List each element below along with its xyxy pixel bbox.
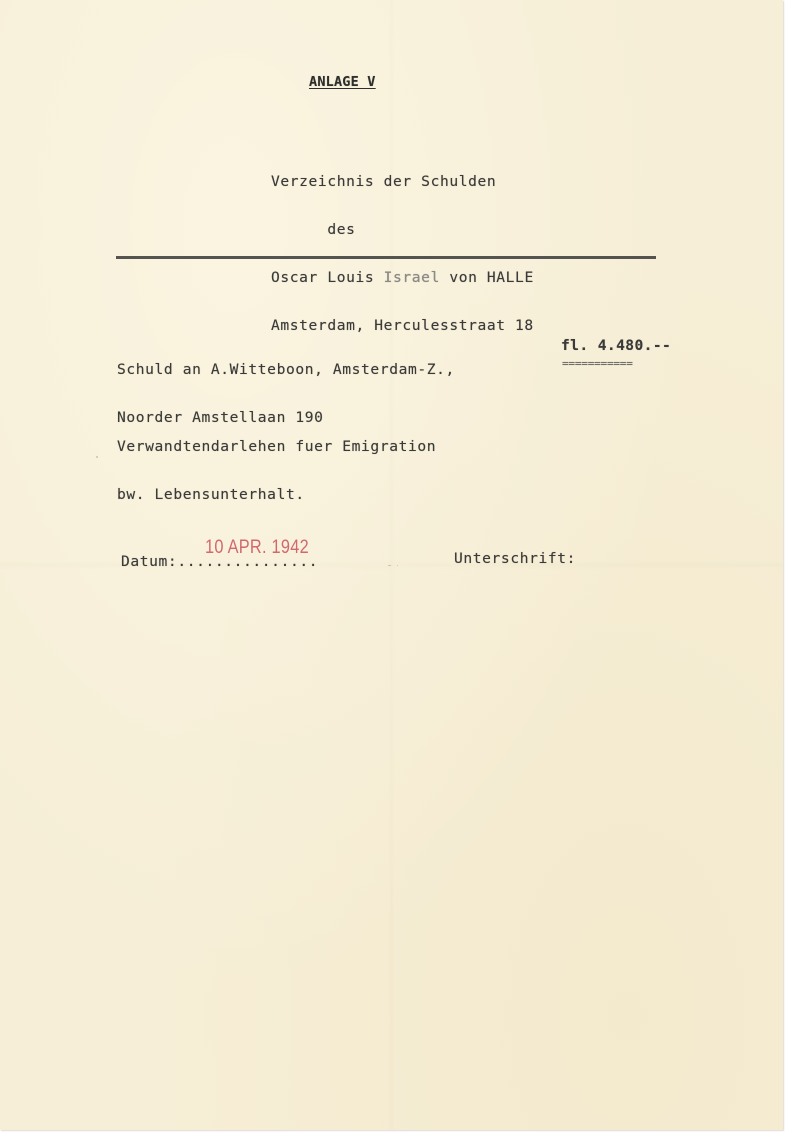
debtor-middle-name: Israel	[384, 269, 440, 286]
purpose-block: Verwandtendarlehen fuer Emigration bw. L…	[117, 407, 436, 535]
debtor-surname: von HALLE	[440, 269, 534, 286]
purpose-line-2: bw. Lebensunterhalt.	[117, 487, 436, 503]
amount-double-underline: ===========	[562, 356, 633, 372]
horizontal-divider	[116, 256, 656, 259]
heading-des-text: des	[327, 221, 355, 238]
signature-field-label: Unterschrift:	[454, 551, 576, 567]
debtor-first-names: Oscar Louis	[271, 269, 384, 286]
annex-title: ANLAGE V	[309, 74, 376, 90]
paper-speck	[397, 565, 398, 566]
heading-line-des: des	[271, 222, 534, 238]
purpose-line-1: Verwandtendarlehen fuer Emigration	[117, 439, 436, 455]
date-stamp: 10 APR. 1942	[205, 538, 309, 558]
document-page: ANLAGE V Verzeichnis der Schulden des Os…	[0, 0, 783, 1130]
paper-speck	[388, 565, 391, 566]
paper-speck	[96, 456, 98, 458]
creditor-line: Schuld an A.Witteboon, Amsterdam-Z.,	[117, 362, 455, 378]
debt-amount: fl. 4.480.--	[561, 338, 671, 354]
heading-line-debtor-name: Oscar Louis Israel von HALLE	[271, 270, 534, 286]
heading-line-debts-list: Verzeichnis der Schulden	[271, 174, 534, 190]
